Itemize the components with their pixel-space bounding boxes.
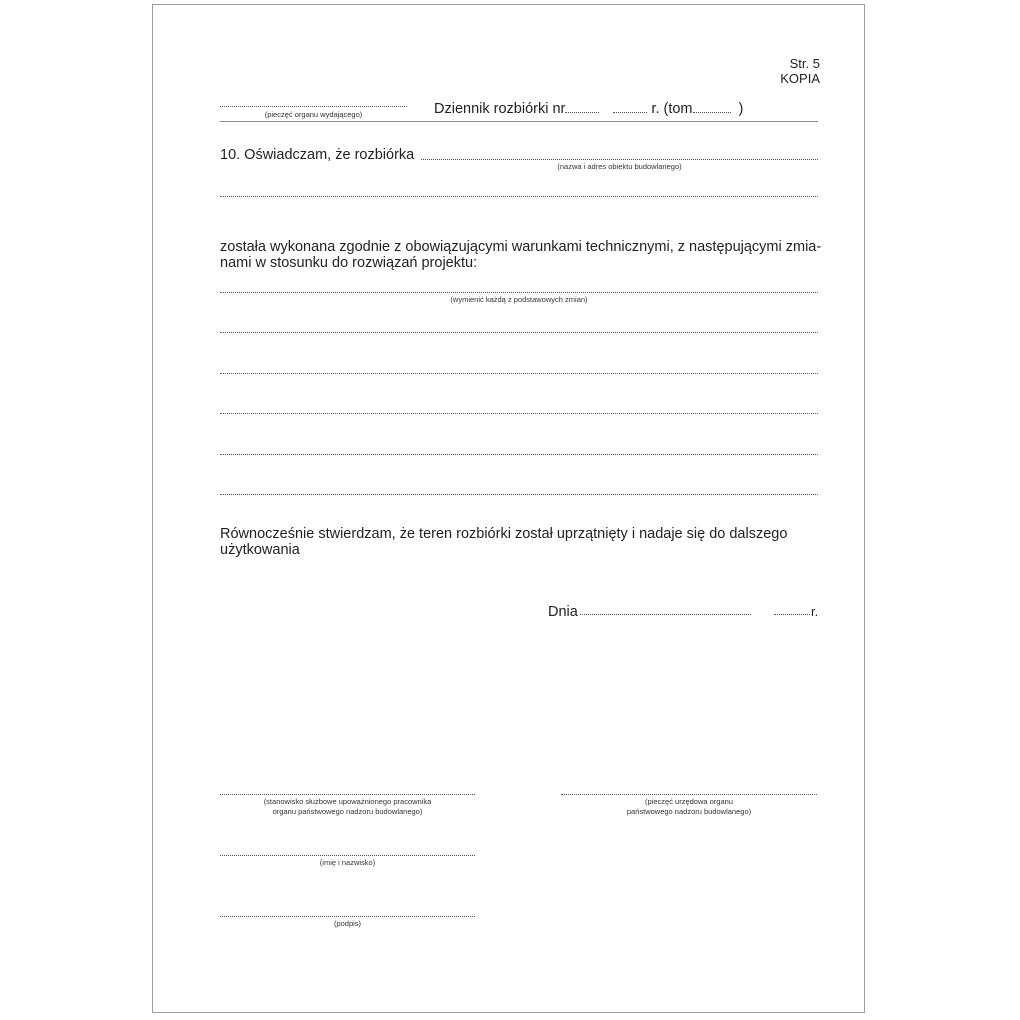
compliance-text-line-2: nami w stosunku do rozwiązań projektu: bbox=[220, 255, 820, 271]
object-caption: (nazwa i adres obiektu budowlanego) bbox=[421, 162, 818, 171]
signature-caption: (podpis) bbox=[220, 919, 475, 928]
changes-line-3[interactable] bbox=[220, 373, 818, 374]
page-number: Str. 5 bbox=[700, 56, 820, 71]
date-label: Dnia bbox=[548, 604, 578, 620]
changes-line-4[interactable] bbox=[220, 413, 818, 414]
journal-title: Dziennik rozbiórki nr r. (tom ) bbox=[434, 101, 743, 117]
official-stamp-caption-line-2: państwowego nadzoru budowlanego) bbox=[561, 807, 817, 817]
changes-line-2[interactable] bbox=[220, 332, 818, 333]
close-paren: ) bbox=[739, 101, 744, 117]
journal-label: Dziennik rozbiórki nr bbox=[434, 101, 565, 117]
official-stamp-caption: (pieczęć urzędowa organu państwowego nad… bbox=[561, 797, 817, 817]
page-number-block: Str. 5 KOPIA bbox=[700, 56, 820, 86]
year-label: r. (tom bbox=[651, 101, 692, 117]
header-divider bbox=[220, 121, 818, 122]
name-field[interactable] bbox=[220, 855, 475, 856]
confirmation-text-line-1: Równocześnie stwierdzam, że teren rozbió… bbox=[220, 526, 820, 542]
issuer-stamp-caption: (pieczęć organu wydającego) bbox=[220, 110, 407, 119]
issuer-stamp-field[interactable] bbox=[220, 106, 407, 107]
object-name-field[interactable] bbox=[421, 159, 818, 160]
changes-line-6[interactable] bbox=[220, 494, 818, 495]
position-caption-line-2: organu państwowego nadzoru budowlanego) bbox=[220, 807, 475, 817]
position-caption-line-1: (stanowisko służbowe upoważnionego praco… bbox=[220, 797, 475, 807]
statement-label: 10. Oświadczam, że rozbiórka bbox=[220, 147, 414, 163]
position-field[interactable] bbox=[220, 794, 475, 795]
volume-field[interactable] bbox=[693, 110, 731, 113]
date-field[interactable] bbox=[580, 614, 751, 615]
date-year-suffix: r. bbox=[811, 604, 818, 620]
official-stamp-field[interactable] bbox=[561, 794, 817, 795]
signature-field[interactable] bbox=[220, 916, 475, 917]
changes-line-5[interactable] bbox=[220, 454, 818, 455]
object-name-field-continued[interactable] bbox=[220, 196, 818, 197]
date-year-field[interactable] bbox=[774, 614, 810, 615]
compliance-text-line-1: została wykonana zgodnie z obowiązującym… bbox=[220, 239, 820, 255]
changes-line-1[interactable] bbox=[220, 292, 818, 293]
confirmation-text: Równocześnie stwierdzam, że teren rozbió… bbox=[220, 526, 820, 558]
name-caption: (imię i nazwisko) bbox=[220, 858, 475, 867]
changes-caption: (wymienić każdą z podstawowych zmian) bbox=[220, 295, 818, 304]
journal-number-field[interactable] bbox=[565, 110, 599, 113]
copy-label: KOPIA bbox=[700, 71, 820, 86]
journal-year-field[interactable] bbox=[613, 110, 647, 113]
confirmation-text-line-2: użytkowania bbox=[220, 542, 820, 558]
official-stamp-caption-line-1: (pieczęć urzędowa organu bbox=[561, 797, 817, 807]
compliance-text: została wykonana zgodnie z obowiązującym… bbox=[220, 239, 820, 271]
position-caption: (stanowisko służbowe upoważnionego praco… bbox=[220, 797, 475, 817]
